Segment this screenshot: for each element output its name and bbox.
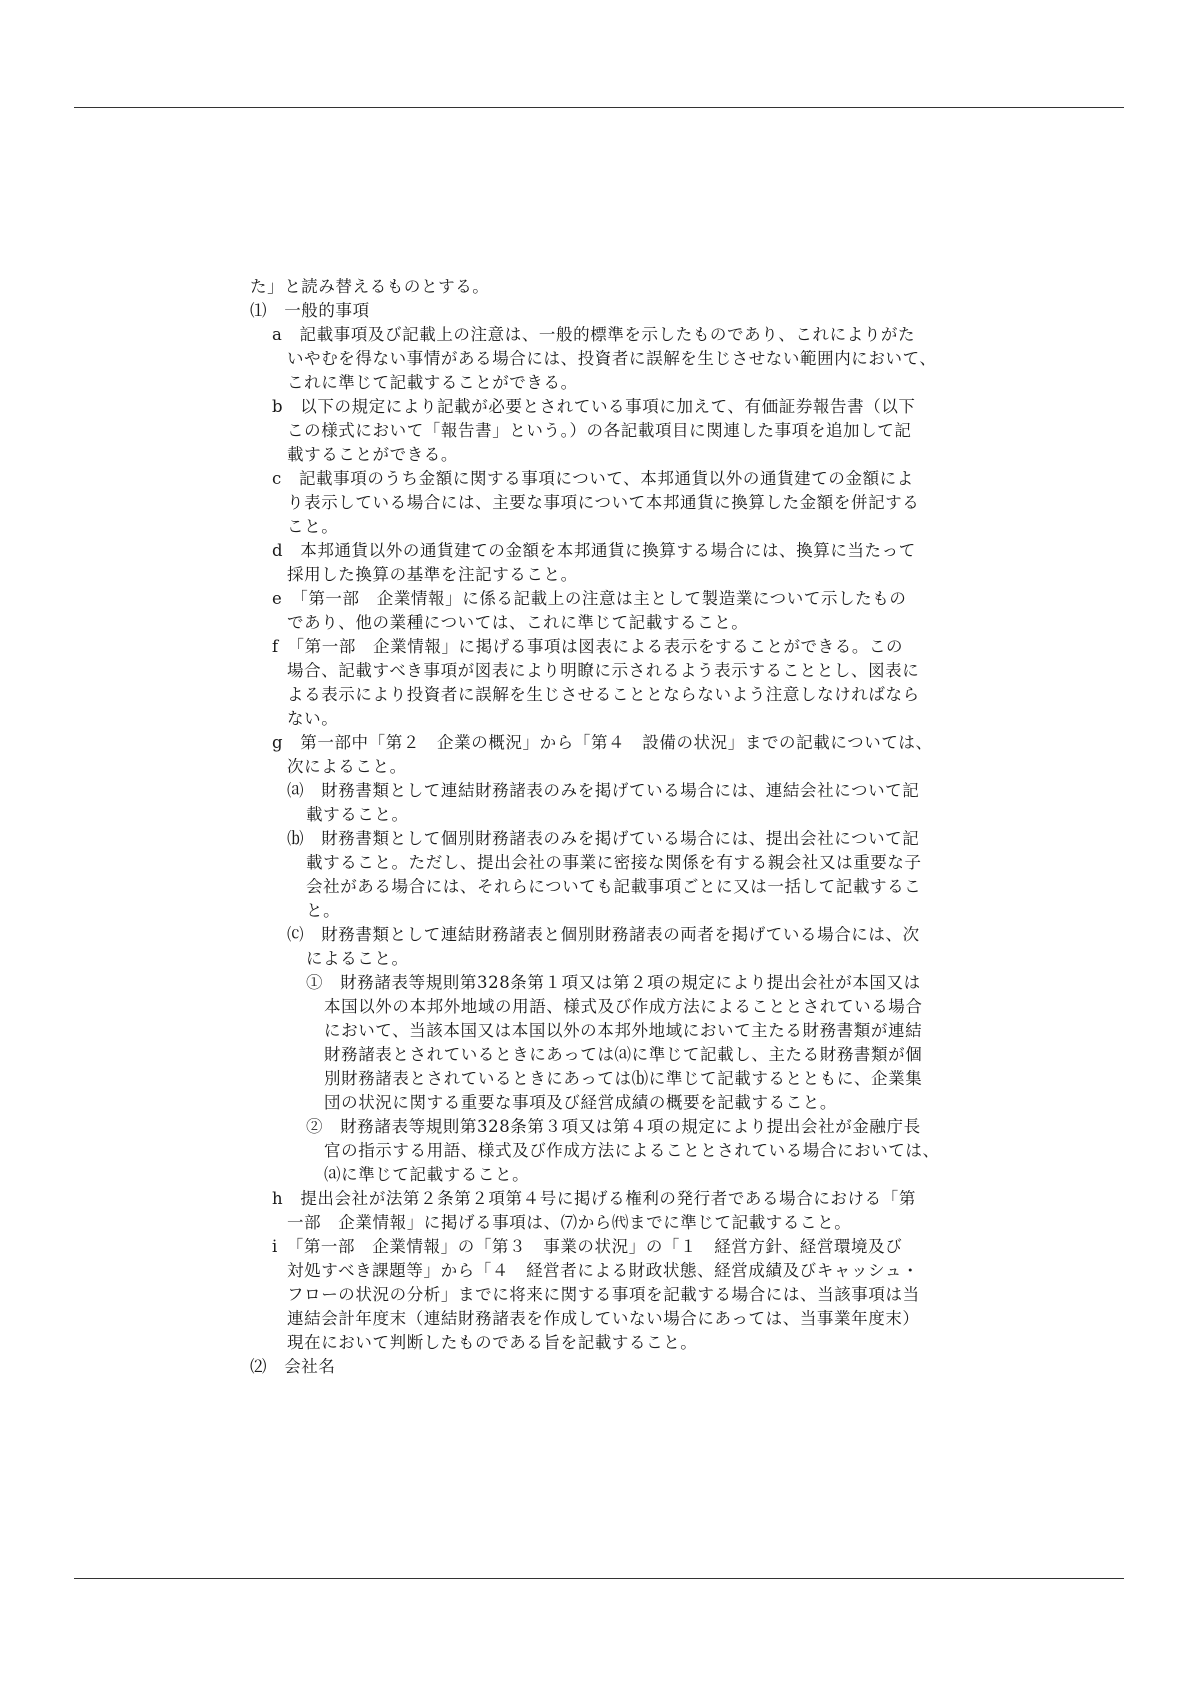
text-line: 団の状況に関する重要な事項及び経営成績の概要を記載すること。 — [324, 1091, 837, 1115]
text-line: 載することができる。 — [287, 443, 458, 467]
text-line: d 本邦通貨以外の通貨建ての金額を本邦通貨に換算する場合には、換算に当たって — [272, 539, 916, 563]
text-line: ⑵ 会社名 — [250, 1355, 336, 1379]
text-line: ⑴ 一般的事項 — [250, 299, 370, 323]
text-line: 次によること。 — [287, 755, 407, 779]
text-line: この様式において「報告書」という。）の各記載項目に関連した事項を追加して記 — [287, 419, 911, 443]
text-line: これに準じて記載することができる。 — [287, 371, 578, 395]
text-line: こと。 — [287, 515, 338, 539]
text-line: g 第一部中「第２ 企業の概況」から「第４ 設備の状況」までの記載については、 — [272, 731, 933, 755]
text-line: i 「第一部 企業情報」の「第３ 事業の状況」の「１ 経営方針、経営環境及び — [272, 1235, 902, 1259]
text-line: によること。 — [306, 947, 409, 971]
text-line: e 「第一部 企業情報」に係る記載上の注意は主として製造業について示したもの — [272, 587, 906, 611]
text-line: 財務諸表とされているときにあっては⒜に準じて記載し、主たる財務書類が個 — [324, 1043, 922, 1067]
text-line: f 「第一部 企業情報」に掲げる事項は図表による表示をすることができる。この — [272, 635, 903, 659]
text-line: ⒜ 財務書類として連結財務諸表のみを掲げている場合には、連結会社について記 — [287, 779, 919, 803]
text-line: 官の指示する用語、様式及び作成方法によることとされている場合においては、 — [324, 1139, 940, 1163]
text-line: 一部 企業情報」に掲げる事項は、⑺から㈹までに準じて記載すること。 — [287, 1211, 851, 1235]
text-line: ② 財務諸表等規則第328条第３項又は第４項の規定により提出会社が金融庁長 — [306, 1115, 921, 1139]
header-rule — [74, 107, 1124, 108]
text-line: り表示している場合には、主要な事項について本邦通貨に換算した金額を併記する — [287, 491, 919, 515]
text-line: ① 財務諸表等規則第328条第１項又は第２項の規定により提出会社が本国又は — [306, 971, 921, 995]
text-line: よる表示により投資者に誤解を生じさせることとならないよう注意しなければなら — [287, 683, 920, 707]
text-line: 載すること。 — [306, 803, 409, 827]
text-line: 連結会計年度末（連結財務諸表を作成していない場合にあっては、当事業年度末） — [287, 1307, 920, 1331]
text-line: であり、他の業種については、これに準じて記載すること。 — [287, 611, 748, 635]
text-line: ⒜に準じて記載すること。 — [324, 1163, 529, 1187]
text-line: 現在において判断したものである旨を記載すること。 — [287, 1331, 697, 1355]
text-line: 本国以外の本邦外地域の用語、様式及び作成方法によることとされている場合 — [324, 995, 923, 1019]
text-line: 採用した換算の基準を注記すること。 — [287, 563, 578, 587]
text-line: 載すること。ただし、提出会社の事業に密接な関係を有する親会社又は重要な子 — [306, 851, 922, 875]
text-line: 対処すべき課題等」から「４ 経営者による財政状態、経営成績及びキャッシュ・ — [287, 1259, 919, 1283]
text-line: 場合、記載すべき事項が図表により明瞭に示されるよう表示することとし、図表に — [287, 659, 919, 683]
text-line: フローの状況の分析」までに将来に関する事項を記載する場合には、当該事項は当 — [287, 1283, 920, 1307]
text-line: b 以下の規定により記載が必要とされている事項に加えて、有価証券報告書（以下 — [272, 395, 916, 419]
text-line: において、当該本国又は本国以外の本邦外地域において主たる財務書類が連結 — [324, 1019, 922, 1043]
text-line: ない。 — [287, 707, 338, 731]
text-line: ⒝ 財務書類として個別財務諸表のみを掲げている場合には、提出会社について記 — [287, 827, 919, 851]
text-line: いやむを得ない事情がある場合には、投資者に誤解を生じさせない範囲内において、 — [287, 347, 936, 371]
text-line: 会社がある場合には、それらについても記載事項ごとに又は一括して記載するこ — [306, 875, 921, 899]
text-line: h 提出会社が法第２条第２項第４号に掲げる権利の発行者である場合における「第 — [272, 1187, 916, 1211]
text-line: c 記載事項のうち金額に関する事項について、本邦通貨以外の通貨建ての金額によ — [272, 467, 914, 491]
footer-rule — [74, 1578, 1124, 1579]
text-line: た」と読み替えるものとする。 — [250, 275, 489, 299]
text-line: a 記載事項及び記載上の注意は、一般的標準を示したものであり、これによりがた — [272, 323, 915, 347]
text-line: と。 — [306, 899, 340, 923]
text-line: 別財務諸表とされているときにあっては⒝に準じて記載するとともに、企業集 — [324, 1067, 922, 1091]
text-line: ⒞ 財務書類として連結財務諸表と個別財務諸表の両者を掲げている場合には、次 — [287, 923, 920, 947]
